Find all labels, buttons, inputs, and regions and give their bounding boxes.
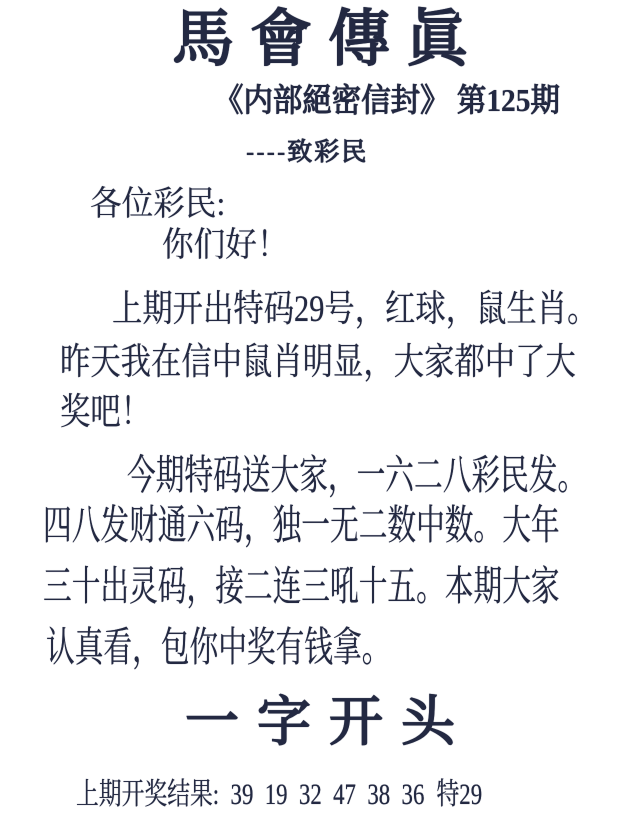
paragraph1-line-1: 上期开出特码29号，红球，鼠生肖。 <box>112 291 597 328</box>
result-number-5: 38 <box>367 780 390 810</box>
salutation: 各位彩民: <box>90 188 225 222</box>
result-number-2: 19 <box>265 780 288 810</box>
page-title: 馬會傳眞 <box>0 9 640 71</box>
result-number-4: 47 <box>333 780 356 810</box>
result-number-3: 32 <box>299 780 322 810</box>
previous-draw-results: 上期开奖结果: 39 19 32 47 38 36 特29 <box>76 780 482 810</box>
paragraph2-line-4: 认真看，包你中奖有钱拿。 <box>46 627 390 668</box>
result-number-6: 36 <box>402 780 425 810</box>
paragraph2-line-2: 四八发财通六码，独一无二数中数。大年 <box>43 505 560 546</box>
paragraph2-line-3: 三十出灵码，接二连三吼十五。本期大家 <box>43 566 560 607</box>
greeting: 你们好！ <box>162 229 288 263</box>
special-number: 特29 <box>437 780 483 810</box>
paragraph1-line-3: 奖吧！ <box>60 394 151 431</box>
fax-document-page: 馬會傳眞 《内部絕密信封》 第125期 ----致彩民 各位彩民: 你们好！ 上… <box>0 0 640 827</box>
tip-heading: 一字开头 <box>0 695 640 749</box>
paragraph2-line-1: 今期特码送大家，一六二八彩民发。 <box>127 455 586 496</box>
subtitle-issue: 《内部絕密信封》 第125期 <box>214 84 560 116</box>
dedication-line: ----致彩民 <box>246 140 368 165</box>
result-number-1: 39 <box>231 780 254 810</box>
results-label: 上期开奖结果: <box>76 780 219 810</box>
paragraph1-line-2: 昨天我在信中鼠肖明显，大家都中了大 <box>60 344 576 381</box>
